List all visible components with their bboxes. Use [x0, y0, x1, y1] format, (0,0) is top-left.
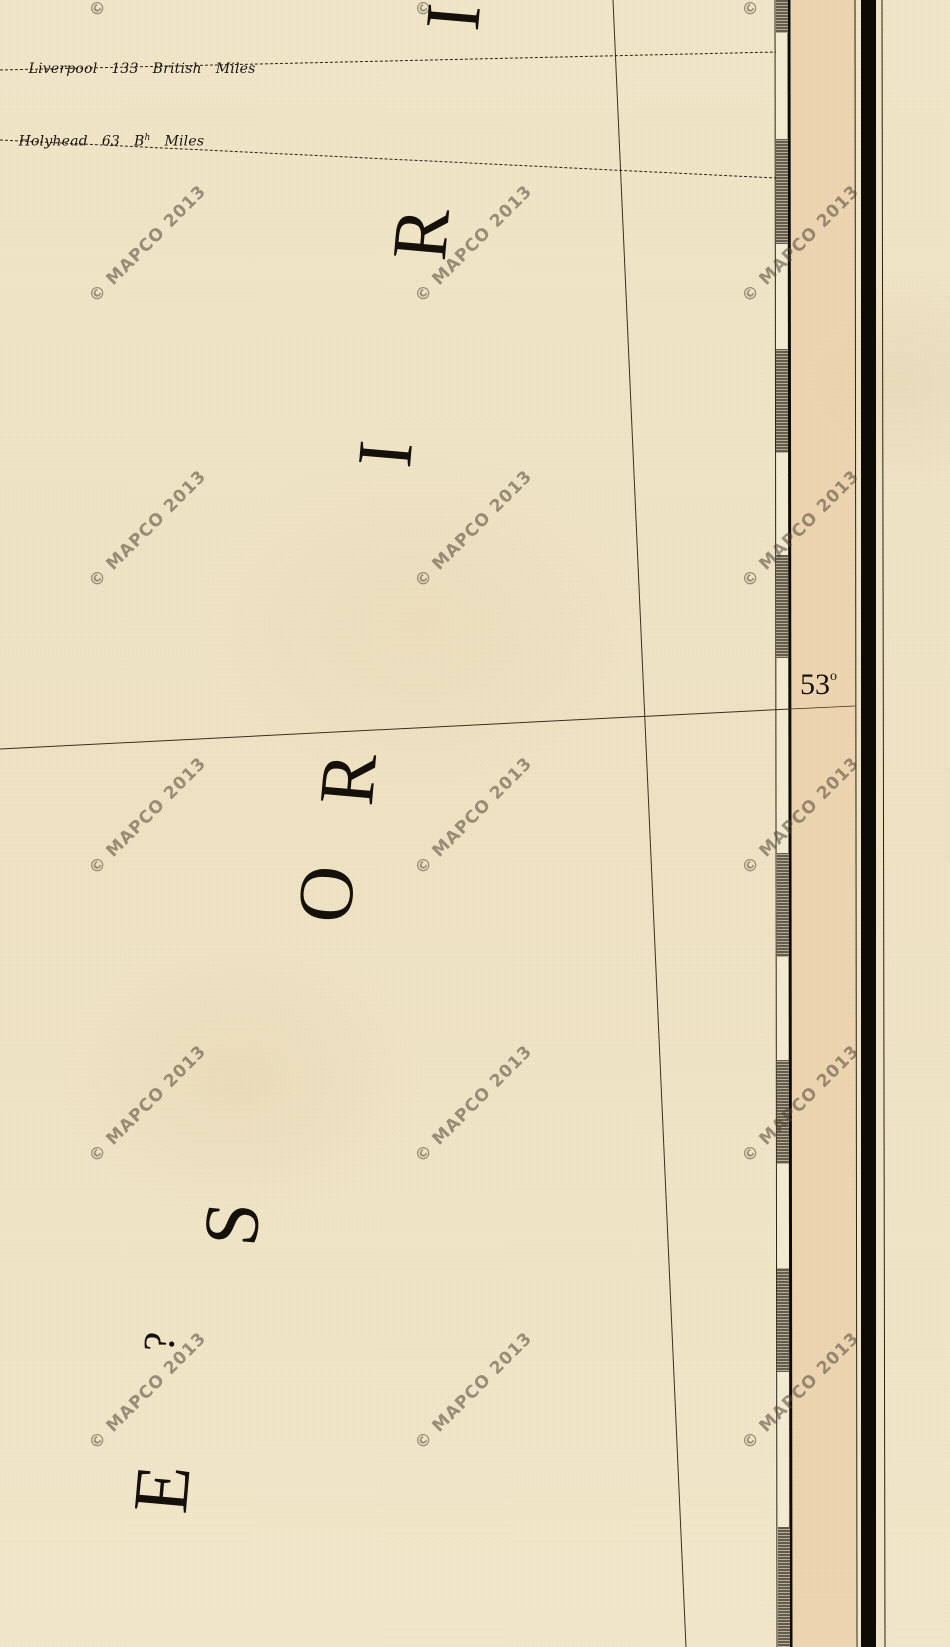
- distance-unit-superscript: h: [144, 133, 150, 143]
- distance-value: 133: [111, 61, 138, 77]
- distance-unit-tail: Miles: [164, 134, 204, 150]
- sea-letter-s: S: [191, 1199, 272, 1249]
- place-name: Holyhead: [19, 134, 88, 150]
- latitude-value: 53: [800, 668, 830, 701]
- latitude-label: 53o: [800, 670, 837, 700]
- distance-unit: B: [134, 134, 145, 150]
- place-name: Liverpool: [29, 61, 98, 77]
- holyhead-distance-label: Holyhead 63 Bh Miles: [0, 117, 204, 166]
- degree-symbol: o: [830, 669, 837, 684]
- sea-letter-r-lower: R: [307, 750, 389, 809]
- sea-letter-e: E: [121, 1462, 203, 1516]
- distance-unit: British: [153, 61, 202, 77]
- sea-letter-o: O: [285, 863, 368, 926]
- map-sheet: Liverpool 133 British Miles Holyhead 63 …: [0, 0, 950, 1647]
- distance-unit-tail: Miles: [216, 61, 256, 77]
- border-band-black: [861, 0, 876, 1647]
- distance-value: 63: [102, 134, 120, 150]
- liverpool-distance-label: Liverpool 133 British Miles: [10, 45, 256, 93]
